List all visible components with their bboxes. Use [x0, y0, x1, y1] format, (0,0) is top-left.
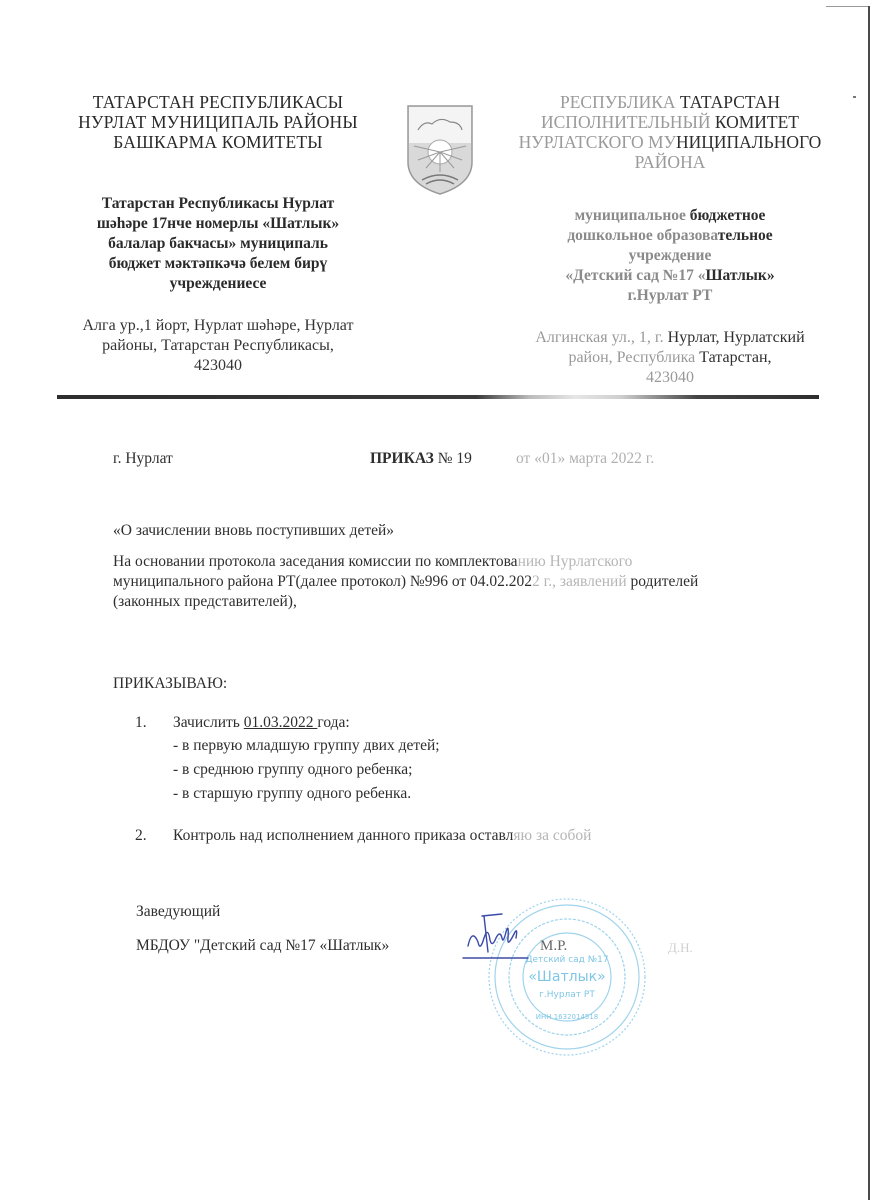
title-line: НУРЛАТСКОГО МУНИЦИПАЛЬНОГО	[500, 132, 840, 152]
address-line: 423040	[60, 356, 376, 376]
item-number: 2.	[135, 826, 173, 846]
faded-text: нию Нурлатского	[518, 553, 633, 570]
item-text: Зачислить	[173, 714, 244, 731]
org-line: учреждение	[500, 246, 840, 266]
header-right-org: муниципальное бюджетное дошкольное образ…	[500, 206, 840, 306]
org-line: «Детский сад №17 «Шатлык»	[500, 266, 840, 286]
faded-text: ИСПОЛНИТЕЛЬНЫЙ	[541, 112, 715, 132]
faded-text: яю за собой	[513, 827, 591, 844]
decree-subitem: - в старшую группу одного ребенка.	[173, 784, 411, 804]
faded-text: «Детский сад №17 «	[565, 267, 705, 284]
faded-text: дошкольное образова	[567, 227, 717, 244]
order-title-bold: ПРИКАЗ	[370, 450, 434, 467]
item-text: года:	[317, 714, 349, 731]
faded-text: 423040	[646, 369, 694, 386]
svg-text:г.Нурлат РТ: г.Нурлат РТ	[539, 990, 595, 1000]
dark-text: родителей	[631, 573, 699, 590]
header-right-address: Алгинская ул., 1, г. Нурлат, Нурлатский …	[500, 328, 840, 388]
faded-text: РАЙОНА	[635, 152, 706, 172]
order-number: № 19	[434, 450, 472, 467]
svg-text:ИНН 1632014518: ИНН 1632014518	[536, 1013, 599, 1021]
signer-initials: Д.Н.	[668, 940, 693, 956]
org-line: муниципальное бюджетное	[500, 206, 840, 226]
page-right-edge	[868, 6, 870, 1200]
header-divider	[57, 395, 819, 399]
item-text: Контроль над исполнением данного приказа…	[173, 827, 513, 844]
dark-text: На основании протокола заседания комисси…	[113, 553, 518, 570]
address-line: район, Республика Татарстан,	[500, 348, 840, 368]
dark-text: муниципального района РТ(далее протокол)…	[113, 573, 532, 590]
faded-text: муниципальное	[575, 207, 690, 224]
enrollment-date: 01.03.2022	[244, 714, 318, 731]
header-left-org: Татарстан Республикасы Нурлат шәһәре 17н…	[60, 194, 376, 294]
header-left-address: Алга ур.,1 йорт, Нурлат шәһәре, Нурлат р…	[60, 316, 376, 376]
dark-text: бюджетное	[690, 207, 766, 224]
address-line: 423040	[500, 368, 840, 388]
header-left: ТАТАРСТАН РЕСПУБЛИКАСЫ НУРЛАТ МУНИЦИПАЛЬ…	[60, 92, 376, 376]
decree-subitem: - в первую младшую группу двих детей;	[173, 736, 440, 756]
org-line: дошкольное образовательное	[500, 226, 840, 246]
signer-position: Заведующий	[136, 902, 220, 922]
dark-text: ТАТАРСТАН	[680, 92, 780, 112]
coat-of-arms-icon	[400, 100, 480, 196]
title-line: РЕСПУБЛИКА ТАТАРСТАН	[500, 92, 840, 112]
faded-text: г.Нурлат РТ	[628, 287, 713, 304]
scan-mark	[853, 96, 856, 98]
order-basis: На основании протокола заседания комисси…	[113, 552, 833, 612]
order-city: г. Нурлат	[113, 449, 173, 469]
decree-item-1: 1.Зачислить 01.03.2022 года:	[135, 713, 350, 733]
address-line: Алга ур.,1 йорт, Нурлат шәһәре, Нурлат	[60, 316, 376, 336]
address-line: районы, Татарстан Республикасы,	[60, 336, 376, 356]
basis-line: муниципального района РТ(далее протокол)…	[113, 572, 833, 592]
dark-text: НИЦИПАЛЬНОГО	[676, 132, 821, 152]
page-top-edge	[826, 6, 870, 7]
order-subject: «О зачислении вновь поступивших детей»	[113, 521, 394, 541]
faded-text: район, Республика	[568, 349, 699, 366]
faded-text: учреждение	[629, 247, 712, 264]
dark-text: КОМИТЕТ	[715, 112, 799, 132]
order-title: ПРИКАЗ № 19	[370, 449, 472, 469]
decree-heading: ПРИКАЗЫВАЮ:	[113, 674, 227, 694]
faded-text: НУРЛАТСКОГО МУ	[519, 132, 676, 152]
title-line: НУРЛАТ МУНИЦИПАЛЬ РАЙОНЫ	[60, 112, 376, 132]
item-number: 1.	[135, 713, 173, 733]
handwritten-signature	[462, 912, 542, 962]
title-line: РАЙОНА	[500, 152, 840, 172]
faded-text: РЕСПУБЛИКА	[560, 92, 680, 112]
svg-text:«Шатлык»: «Шатлык»	[528, 969, 605, 985]
signer-organization: МБДОУ "Детский сад №17 «Шатлык»	[136, 936, 389, 956]
title-line: ТАТАРСТАН РЕСПУБЛИКАСЫ	[60, 92, 376, 112]
faded-text: 2 г., заявлений	[532, 573, 630, 590]
stamp-place-label: М.Р.	[540, 938, 567, 955]
dark-text: Татарстан,	[699, 349, 771, 366]
decree-subitem: - в среднюю группу одного ребенка;	[173, 760, 412, 780]
title-line: БАШКАРМА КОМИТЕТЫ	[60, 132, 376, 152]
dark-text: Нурлат, Нурлатский	[668, 329, 805, 346]
org-line: г.Нурлат РТ	[500, 286, 840, 306]
org-line: балалар бакчасы» муниципаль	[60, 234, 376, 254]
org-line: бюджет мәктәпкәчә белем бирү	[60, 254, 376, 274]
decree-item-2: 2.Контроль над исполнением данного прика…	[135, 826, 591, 846]
basis-line: (законных представителей),	[113, 592, 833, 612]
org-line: шәһәре 17нче номерлы «Шатлык»	[60, 214, 376, 234]
order-date: от «01» марта 2022 г.	[516, 449, 654, 469]
address-line: Алгинская ул., 1, г. Нурлат, Нурлатский	[500, 328, 840, 348]
dark-text: Шатлык»	[706, 267, 775, 284]
org-line: Татарстан Республикасы Нурлат	[60, 194, 376, 214]
title-line: ИСПОЛНИТЕЛЬНЫЙ КОМИТЕТ	[500, 112, 840, 132]
faded-text: Алгинская ул., 1, г.	[535, 329, 667, 346]
header-right: РЕСПУБЛИКА ТАТАРСТАН ИСПОЛНИТЕЛЬНЫЙ КОМИ…	[500, 92, 840, 388]
basis-line: На основании протокола заседания комисси…	[113, 552, 833, 572]
org-line: учреждениесе	[60, 274, 376, 294]
dark-text: тельное	[718, 227, 773, 244]
header-right-title: РЕСПУБЛИКА ТАТАРСТАН ИСПОЛНИТЕЛЬНЫЙ КОМИ…	[500, 92, 840, 172]
header-left-title: ТАТАРСТАН РЕСПУБЛИКАСЫ НУРЛАТ МУНИЦИПАЛЬ…	[60, 92, 376, 152]
